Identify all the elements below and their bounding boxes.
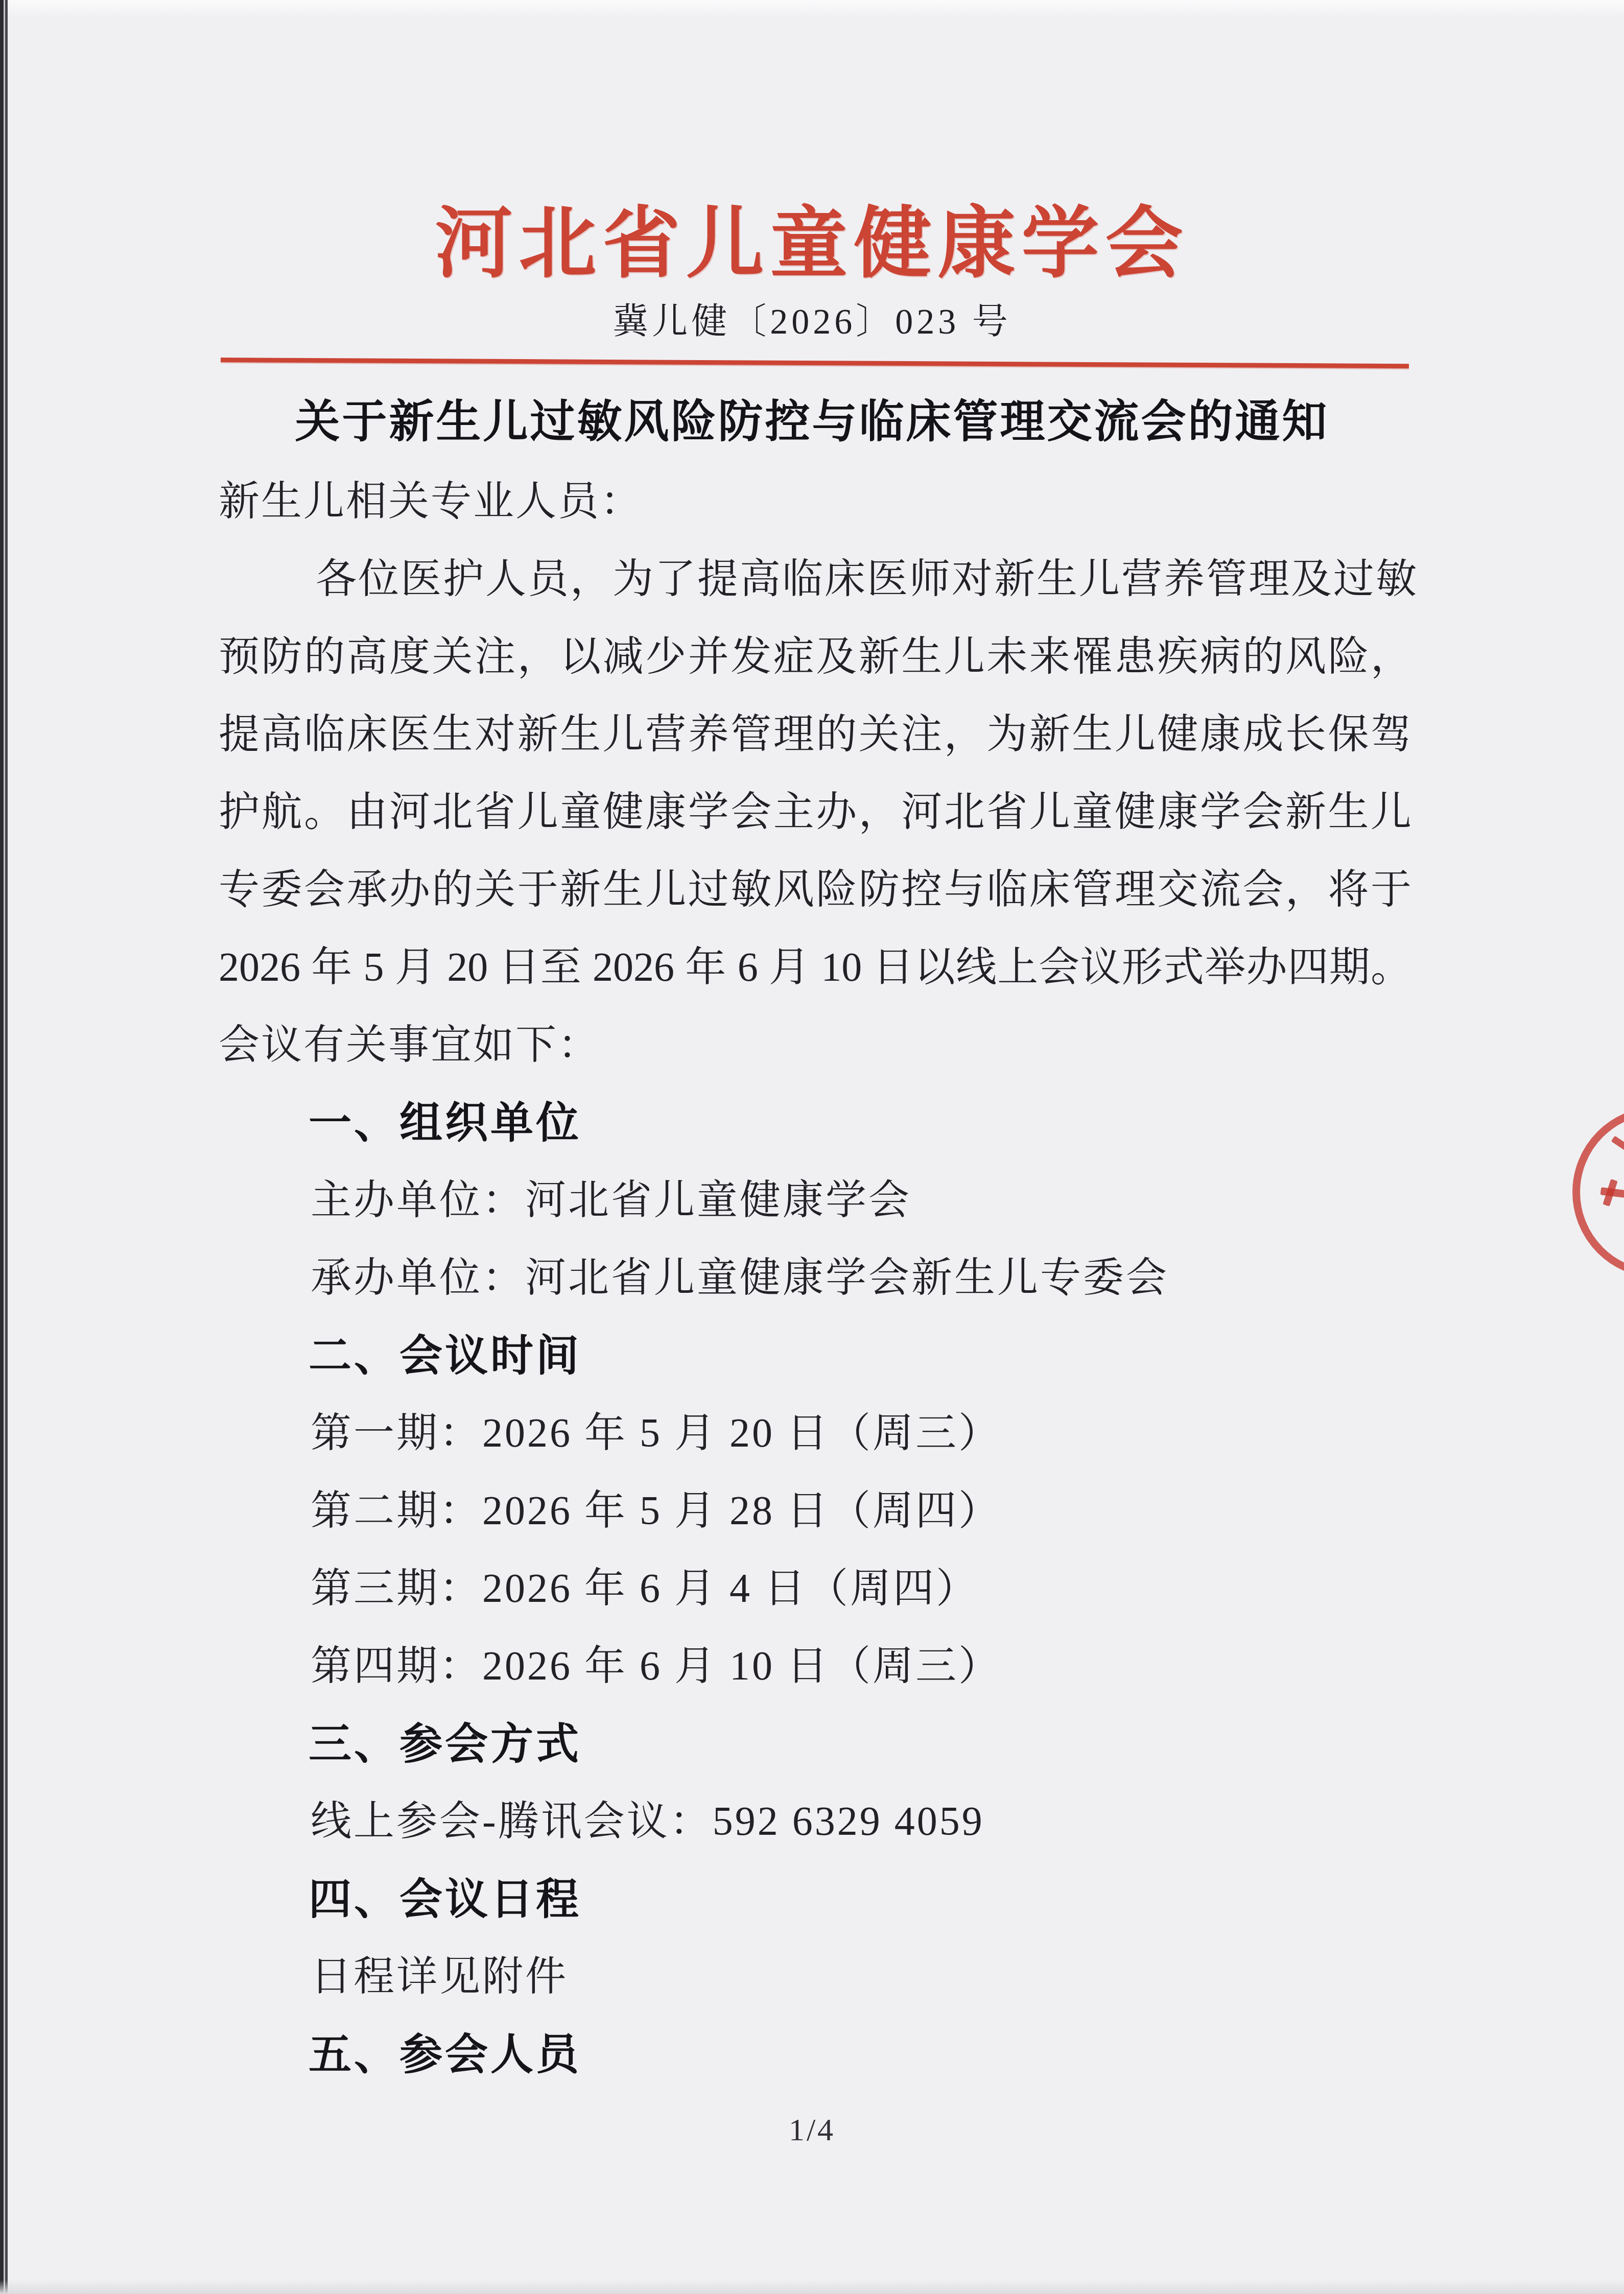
document-line: 护航。由河北省儿童健康学会主办，河北省儿童健康学会新生儿 — [219, 773, 1411, 851]
section-heading: 四、会议日程 — [219, 1860, 1411, 1938]
letterhead-org-title: 河北省儿童健康学会 — [0, 203, 1624, 285]
document-line: 主办单位：河北省儿童健康学会 — [219, 1162, 1411, 1239]
document-line: 会议有关事宜如下： — [219, 1006, 1411, 1084]
section-heading: 二、会议时间 — [219, 1317, 1411, 1394]
document-page: 河北省儿童健康学会 冀儿健〔2026〕023 号 关于新生儿过敏风险防控与临床管… — [0, 0, 1624, 2294]
document-line: 提高临床医生对新生儿营养管理的关注，为新生儿健康成长保驾 — [219, 696, 1411, 773]
document-line: 第四期：2026 年 6 月 10 日（周三） — [219, 1627, 1411, 1705]
document-lines: 新生儿相关专业人员：各位医护人员，为了提高临床医师对新生儿营养管理及过敏预防的高… — [219, 463, 1411, 2093]
section-heading: 一、组织单位 — [219, 1084, 1411, 1162]
official-seal-icon — [1572, 1106, 1624, 1278]
document-line: 线上参会-腾讯会议：592 6329 4059 — [219, 1783, 1411, 1860]
page-number: 1/4 — [0, 2110, 1624, 2150]
document-line: 第三期：2026 年 6 月 4 日（周四） — [219, 1550, 1411, 1627]
document-line: 日程详见附件 — [219, 1938, 1411, 2016]
document-number: 冀儿健〔2026〕023 号 — [0, 300, 1624, 344]
document-line: 2026 年 5 月 20 日至 2026 年 6 月 10 日以线上会议形式举… — [219, 929, 1411, 1006]
letterhead-divider-rule — [221, 358, 1409, 368]
seal-character-fragment — [1611, 1136, 1624, 1162]
document-line: 各位医护人员，为了提高临床医师对新生儿营养管理及过敏 — [219, 540, 1411, 618]
notice-title: 关于新生儿过敏风险防控与临床管理交流会的通知 — [0, 393, 1624, 450]
document-line: 第二期：2026 年 5 月 28 日（周四） — [219, 1472, 1411, 1550]
document-line: 新生儿相关专业人员： — [219, 463, 1411, 540]
scan-edge-top — [0, 0, 1624, 17]
document-line: 专委会承办的关于新生儿过敏风险防控与临床管理交流会，将于 — [219, 851, 1411, 929]
scan-edge-bottom — [0, 2280, 1624, 2294]
document-line: 第一期：2026 年 5 月 20 日（周三） — [219, 1394, 1411, 1472]
document-line: 预防的高度关注，以减少并发症及新生儿未来罹患疾病的风险， — [219, 618, 1411, 696]
section-heading: 三、参会方式 — [219, 1705, 1411, 1783]
section-heading: 五、参会人员 — [219, 2016, 1411, 2093]
document-line: 承办单位：河北省儿童健康学会新生儿专委会 — [219, 1239, 1411, 1317]
